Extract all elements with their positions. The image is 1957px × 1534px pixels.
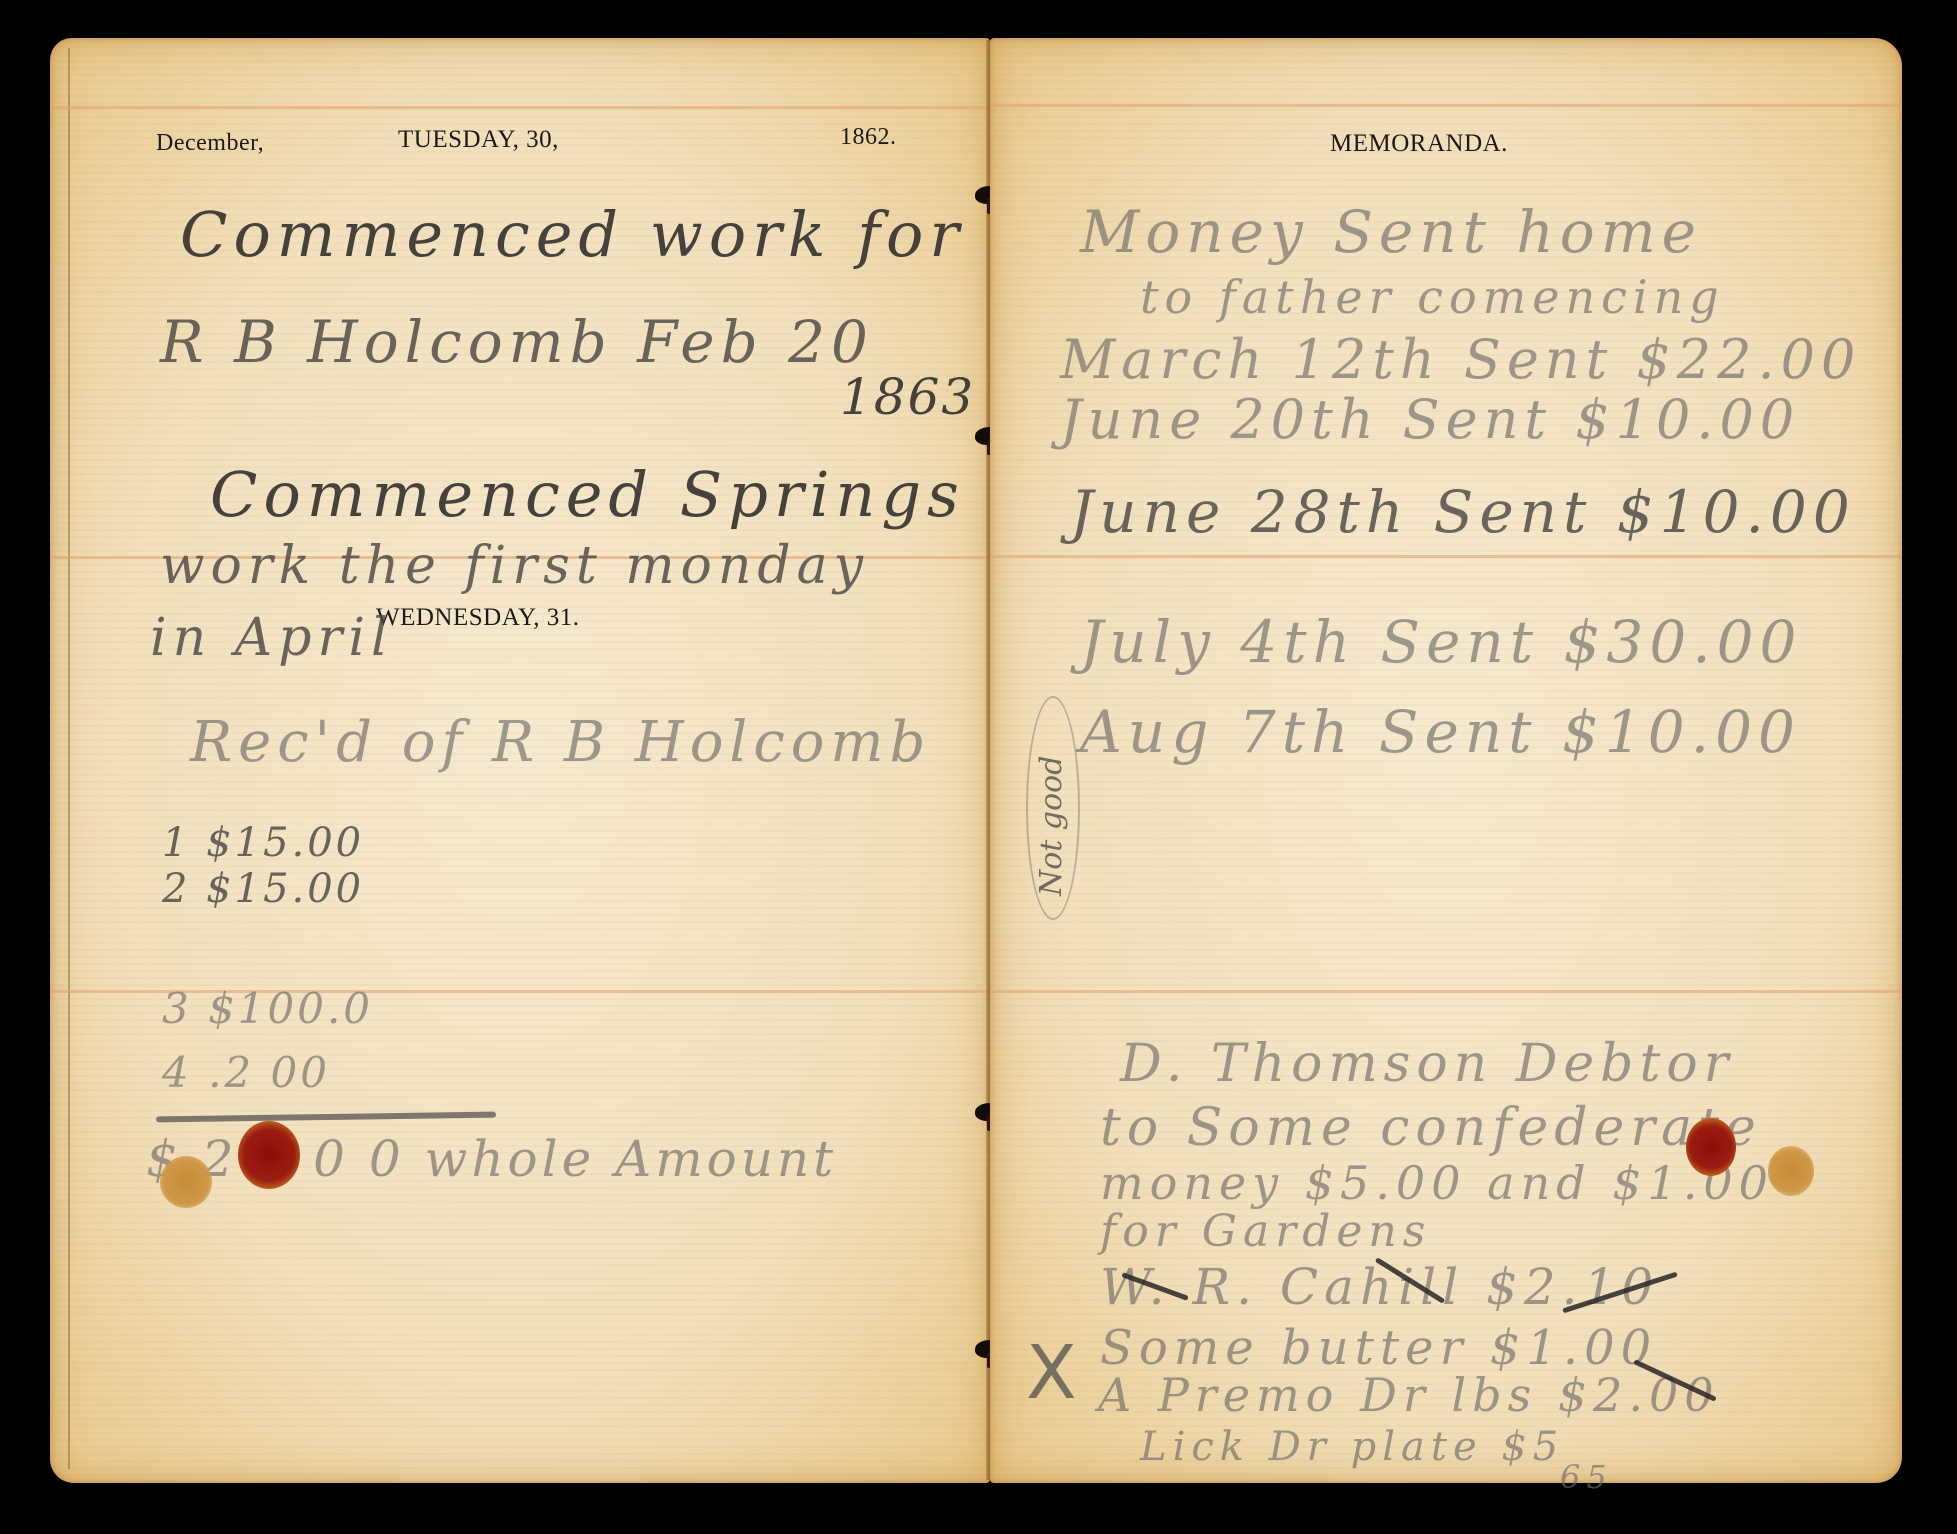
rule-line bbox=[990, 990, 1902, 993]
water-stain bbox=[160, 1156, 212, 1208]
amount-entry: 1 $15.00 bbox=[162, 820, 364, 866]
money-entry: March 12th Sent $22.00 bbox=[1060, 328, 1861, 391]
wax-stain bbox=[238, 1121, 300, 1189]
rule-line bbox=[50, 106, 990, 109]
amount-entry: 2 $15.00 bbox=[162, 866, 364, 912]
handwritten-line: R B Holcomb Feb 20 bbox=[160, 308, 874, 376]
handwritten-line: Money Sent home bbox=[1080, 198, 1702, 266]
debtor-line: 65 bbox=[1560, 1458, 1613, 1496]
amount-entry: 3 $100.0 bbox=[162, 984, 373, 1033]
amount-entry: 4 .2 00 bbox=[162, 1048, 330, 1097]
handwritten-line: Rec'd of R B Holcomb bbox=[190, 710, 931, 775]
memoranda-header: MEMORANDA. bbox=[1330, 130, 1508, 158]
handwritten-line: in April bbox=[150, 608, 394, 668]
handwritten-line: work the first monday bbox=[160, 536, 869, 596]
debtor-line: A Premo Dr lbs $2.00 bbox=[1098, 1368, 1720, 1422]
handwritten-line: Commenced work for bbox=[180, 198, 965, 271]
water-stain bbox=[1768, 1146, 1814, 1196]
debtor-line: to Some confederate bbox=[1100, 1098, 1762, 1158]
money-entry: July 4th Sent $30.00 bbox=[1080, 608, 1802, 676]
handwritten-year: 1863 bbox=[840, 368, 975, 426]
cross-mark: X bbox=[1026, 1330, 1077, 1416]
money-entry: June 28th Sent $10.00 bbox=[1070, 478, 1856, 546]
diary-page-left: December, TUESDAY, 30, 1862. Commenced w… bbox=[50, 38, 990, 1483]
money-entry: Aug 7th Sent $10.00 bbox=[1080, 698, 1801, 766]
debtor-line: for Gardens bbox=[1100, 1206, 1431, 1257]
handwritten-line: to father comencing bbox=[1140, 270, 1725, 324]
wax-stain bbox=[1686, 1118, 1736, 1176]
header-day: TUESDAY, 30, bbox=[398, 126, 559, 154]
header-month: December, bbox=[156, 130, 264, 157]
subheader-day: WEDNESDAY, 31. bbox=[376, 604, 580, 632]
debtor-line: Lick Dr plate $5 bbox=[1140, 1424, 1564, 1470]
header-year: 1862. bbox=[840, 124, 897, 151]
money-entry: June 20th Sent $10.00 bbox=[1060, 388, 1800, 451]
sum-underline bbox=[156, 1112, 496, 1123]
side-note: Not good bbox=[1034, 756, 1069, 896]
handwritten-line: Commenced Springs bbox=[210, 458, 965, 531]
diary-page-right: MEMORANDA. Money Sent home to father com… bbox=[990, 38, 1902, 1483]
debtor-line: money $5.00 and $1.00 bbox=[1100, 1156, 1774, 1210]
rule-line bbox=[990, 555, 1902, 558]
debtor-line: D. Thomson Debtor bbox=[1120, 1034, 1735, 1094]
rule-line bbox=[990, 104, 1902, 107]
